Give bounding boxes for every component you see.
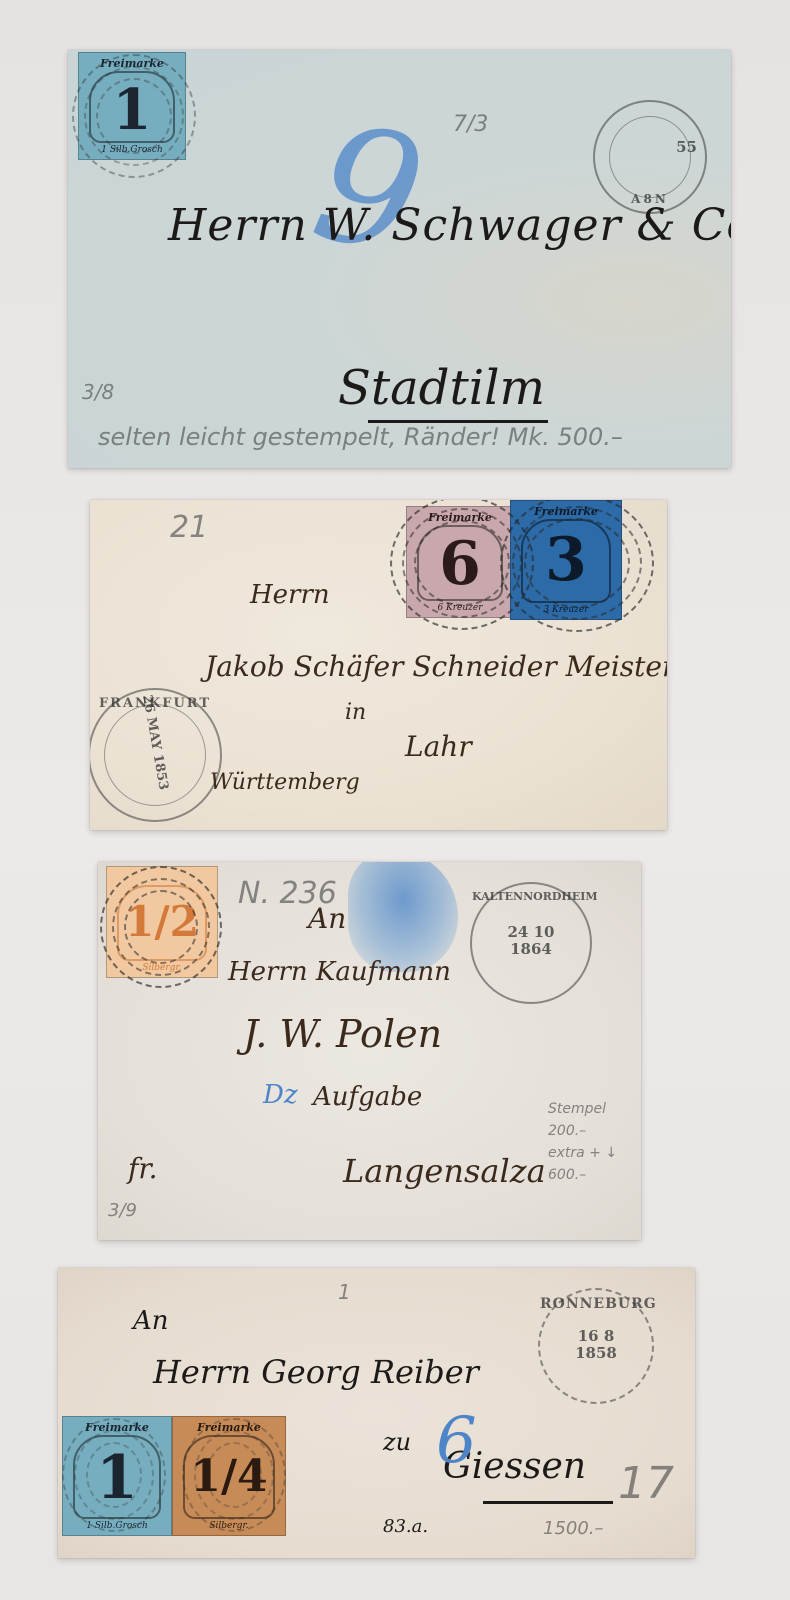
address-city: Stadtilm — [338, 360, 545, 416]
pencil-note-valuation: Stempel 200.– extra + ↓ 600.– — [548, 1098, 618, 1186]
ring-cancel — [500, 500, 654, 632]
blue-crayon-mark: 9 — [302, 101, 435, 279]
envelope-4-cover: RONNEBURG 16 8 1858 1 An Herrn Georg Rei… — [58, 1268, 695, 1558]
postmark-circular: 55 A8N — [593, 100, 707, 214]
address-city: Langensalza — [343, 1152, 546, 1190]
blue-pencil-mark: Dz — [263, 1080, 298, 1110]
ring-cancel — [72, 54, 196, 178]
blue-crayon-mark: 6 — [436, 1404, 477, 1478]
postmark-date: 55 — [595, 139, 705, 156]
postmark-town: RONNEBURG — [540, 1296, 652, 1312]
postmark-date: 24 10 1864 — [506, 924, 556, 958]
address-instruction: Aufgabe — [313, 1082, 422, 1112]
pencil-note: 1 — [338, 1280, 351, 1304]
postmark-circular: FRANKFURT 26 MAY 1853 — [90, 688, 222, 822]
address-city: Lahr — [405, 730, 472, 763]
envelope-1-cover: Freimarke 1 1 Silb.Grosch 55 A8N 7/3 9 H… — [68, 50, 731, 468]
address-region: Württemberg — [210, 770, 360, 795]
ring-cancel — [100, 866, 222, 988]
city-underline — [483, 1501, 613, 1504]
address-recipient: Herrn Georg Reiber — [153, 1353, 479, 1391]
pencil-note: 3/9 — [108, 1200, 137, 1221]
postmark-circular: RONNEBURG 16 8 1858 — [538, 1288, 654, 1404]
postmark-town: KALTENNORDHEIM — [472, 890, 590, 903]
blue-ink-blot — [348, 862, 458, 972]
address-salutation: Herrn — [250, 580, 330, 610]
pencil-note: 7/3 — [453, 112, 488, 137]
address-recipient: Jakob Schäfer Schneider Meister — [205, 650, 667, 683]
address-recipient: Herrn W. Schwager & Co. — [168, 200, 731, 251]
catalog-note: 83.a. — [383, 1516, 428, 1537]
postmark-inner-ring — [609, 116, 691, 198]
address-salutation: An — [133, 1306, 169, 1336]
address-salutation: An — [308, 902, 346, 935]
ring-cancel — [62, 1418, 166, 1532]
pencil-note: 17 — [618, 1458, 674, 1509]
pencil-note-valuation: 1500.– — [543, 1518, 604, 1539]
address-preposition: zu — [383, 1428, 411, 1456]
pencil-note: 3/8 — [82, 380, 114, 404]
pencil-note: 21 — [170, 510, 208, 545]
address-title: Herrn Kaufmann — [228, 957, 451, 987]
envelope-3-cover: 1/2 Silbergr. KALTENNORDHEIM 24 10 1864 … — [98, 862, 641, 1240]
ring-cancel — [182, 1418, 286, 1532]
pencil-note-valuation: selten leicht gestempelt, Ränder! Mk. 50… — [98, 423, 623, 451]
address-preposition: in — [345, 700, 366, 725]
postmark-circular: KALTENNORDHEIM 24 10 1864 — [470, 882, 592, 1004]
franco-mark: fr. — [128, 1152, 158, 1185]
address-recipient: J. W. Polen — [243, 1012, 442, 1056]
postmark-date: 16 8 1858 — [574, 1328, 618, 1362]
envelope-2-cover: Freimarke 6 6 Kreuzer Freimarke 3 3 Kreu… — [90, 500, 667, 830]
